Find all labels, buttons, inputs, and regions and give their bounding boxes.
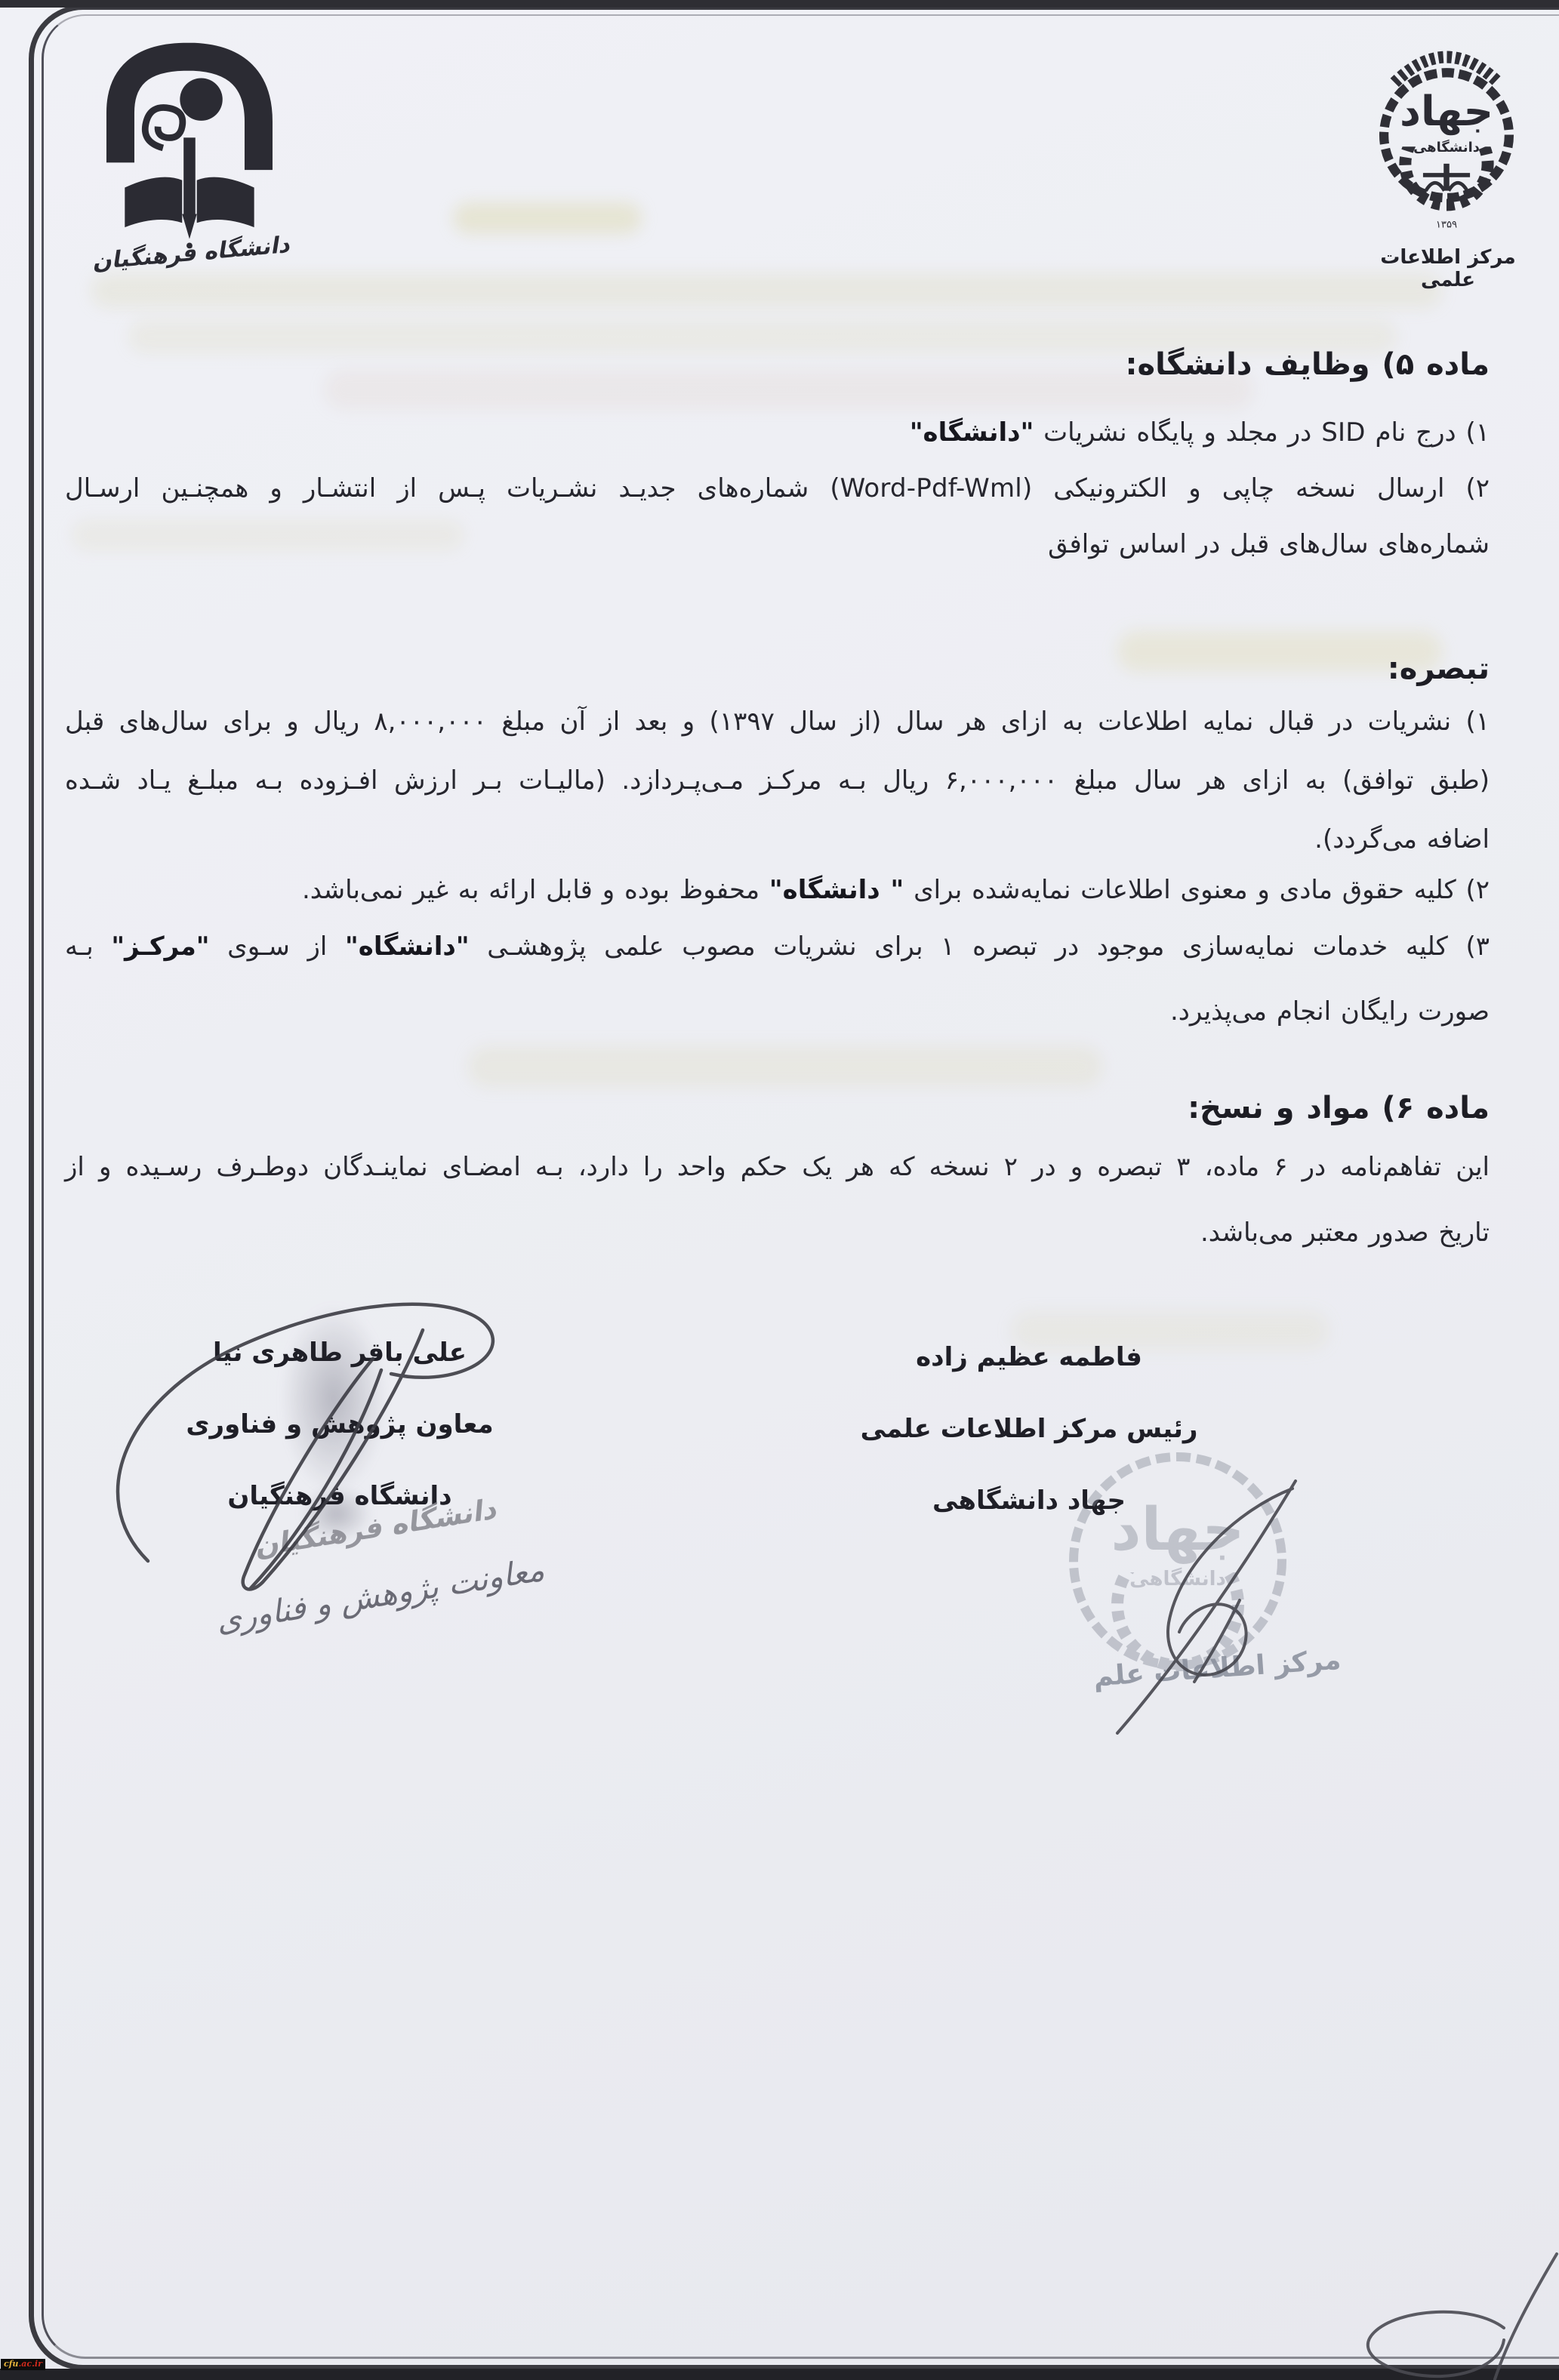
emblem-word-jahad: جهاد [1400, 87, 1493, 135]
article5-item2-line1: ۲) ارسال نسخه چاپی و الکترونیکی (Word-Pd… [65, 471, 1490, 507]
emblem-year: ۱۳۵۹ [1436, 220, 1457, 231]
stamp-word-jahad: جهاد [1111, 1496, 1244, 1564]
note-item2-text2: محفوظ بوده و قابل ارائه به غیر نمی‌باشد. [302, 875, 769, 905]
note-item2-text: ۲) کلیه حقوق مادی و معنوی اطلاعات نمایه‌… [904, 875, 1490, 905]
scan-edge-bottom [0, 2369, 1559, 2380]
farhangian-university-logo-icon [82, 36, 296, 257]
note-item1-line2: (طبق توافق) به ازای هر سال مبلغ ۶,۰۰۰,۰۰… [65, 763, 1490, 799]
note-item2: ۲) کلیه حقوق مادی و معنوی اطلاعات نمایه‌… [65, 873, 1490, 909]
note-item3-bold-center: "مرکـز" [111, 931, 209, 962]
note-item3-line1: ۳) کلیه خدمات نمایه‌سازی موجود در تبصره … [65, 929, 1490, 965]
stamp-word-daneshgahi: دانشگاهی [1129, 1567, 1226, 1590]
site-watermark: cfu.ac.ir [1, 2359, 45, 2370]
article6-body-line1: این تفاهم‌نامه در ۶ ماده، ۳ تبصره و در ۲… [65, 1150, 1490, 1186]
scanned-agreement-page: دانشگاه فرهنگیان جهاد دانشگاهی ۱۳۵۹ مرکز… [0, 0, 1559, 2380]
note-item1-line1: ۱) نشریات در قبال نمایه اطلاعات به ازای … [65, 704, 1490, 740]
article5-item2-line2: شماره‌های سال‌های قبل در اساس توافق [65, 527, 1490, 563]
note-item2-bold: " دانشگاه" [769, 875, 904, 905]
article5-item1-text: ۱) درج نام SID در مجلد و پایگاه نشریات [1034, 417, 1490, 448]
signer-title-right: رئیس مرکز اطلاعات علمی [844, 1414, 1214, 1444]
jahad-daneshgahi-emblem-icon: جهاد دانشگاهی ۱۳۵۹ [1360, 27, 1533, 248]
note-item3-line2: صورت رایگان انجام می‌پذیرد. [65, 994, 1490, 1030]
note-item3-text3: بـه [65, 931, 111, 962]
emblem-word-daneshgahi: دانشگاهی [1413, 139, 1480, 155]
article6-body-line2: تاریخ صدور معتبر می‌باشد. [65, 1215, 1490, 1252]
signer-name-right: فاطمه عظیم زاده [844, 1342, 1214, 1372]
article5-heading: ماده ۵) وظایف دانشگاه: [65, 343, 1490, 386]
watermark-cfu: cfu [4, 2359, 18, 2369]
jahad-logo-caption: مرکز اطلاعات علمی [1356, 246, 1540, 291]
scan-edge-top [0, 0, 1559, 8]
note-item3-text: ۳) کلیه خدمات نمایه‌سازی موجود در تبصره … [470, 931, 1490, 962]
note-item1-line3: اضافه می‌گردد). [65, 822, 1490, 858]
note-item3-bold-university: "دانشگاه" [345, 931, 470, 962]
note-heading: تبصره: [65, 648, 1490, 690]
article5-item1-bold: "دانشگاه" [910, 417, 1034, 448]
note-item3-text2: از سـوی [210, 931, 346, 962]
article5-item1: ۱) درج نام SID در مجلد و پایگاه نشریات "… [65, 415, 1490, 451]
article6-heading: ماده ۶) مواد و نسخ: [65, 1087, 1490, 1129]
watermark-acir: .ac.ir [18, 2359, 42, 2369]
signer-title-left: معاون پژوهش و فناوری [155, 1409, 525, 1439]
signer-name-left: علی باقر طاهری نیا [155, 1338, 525, 1368]
